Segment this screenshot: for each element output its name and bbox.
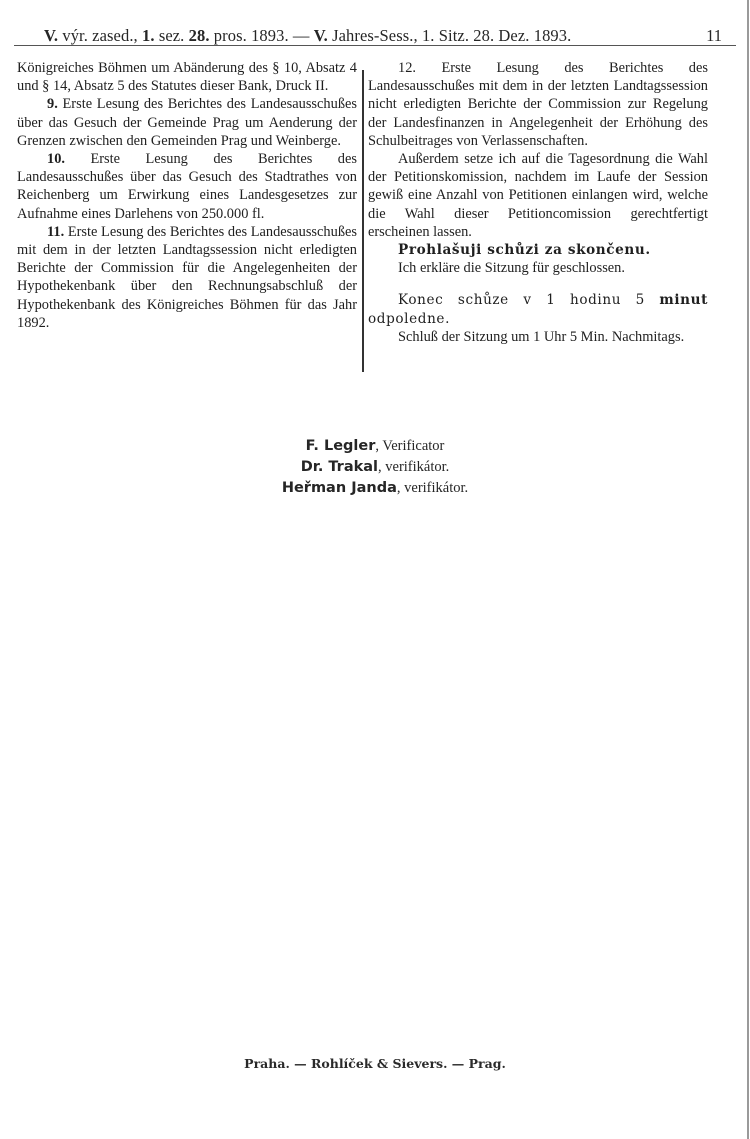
page-number: 11	[706, 26, 722, 46]
agenda-item-10: 10. Erste Lesung des Berichtes des Lande…	[17, 150, 357, 223]
header-session-info: V. výr. zased., 1. sez. 28. pros. 1893. …	[44, 26, 571, 46]
header-cz-session: 1.	[142, 26, 155, 45]
header-cz-sez: sez.	[155, 26, 189, 45]
session-end-cz-bold: minut	[659, 292, 708, 308]
header-cz-date: pros. 1893. —	[210, 26, 314, 45]
header-de-volume: V.	[314, 26, 328, 45]
signatory-role: , verifikátor.	[378, 459, 449, 475]
signatory-name: Heřman Janda	[282, 480, 397, 496]
right-column: 12. Erste Lesung des Berichtes des Lande…	[368, 59, 708, 346]
page-edge-line	[747, 0, 749, 1139]
closing-statement-cz: Prohlašuji schůzi za skončenu.	[368, 241, 708, 259]
signatory-role: , verifikátor.	[397, 480, 468, 496]
signatory-role: , Verificator	[375, 438, 444, 454]
verifier-signatures: F. Legler, Verificator Dr. Trakal, verif…	[0, 436, 750, 499]
signatory-name: Dr. Trakal	[301, 459, 378, 475]
header-cz-text: výr. zased.,	[58, 26, 142, 45]
spacer	[368, 277, 708, 291]
signatory-name: F. Legler	[306, 438, 376, 454]
paragraph-continued: Königreiches Böhmen um Abänderung des § …	[17, 59, 357, 95]
item-number: 12.	[398, 60, 416, 76]
item-text: Erste Lesung des Berichtes des Landesaus…	[17, 96, 357, 148]
signature-line: F. Legler, Verificator	[0, 436, 750, 457]
running-header: V. výr. zased., 1. sez. 28. pros. 1893. …	[14, 22, 736, 46]
closing-statement-de: Ich erkläre die Sitzung für geschlossen.	[368, 259, 708, 277]
header-de-text: Jahres-Sess., 1. Sitz. 28. Dez. 1893.	[328, 26, 571, 45]
header-rule	[14, 45, 736, 46]
header-cz-volume: V.	[44, 26, 58, 45]
item-number: 11.	[47, 224, 64, 240]
item-number: 10.	[47, 151, 65, 167]
agenda-addition: Außerdem setze ich auf die Tagesordnung …	[368, 150, 708, 241]
printer-imprint: Praha. — Rohlíček & Sievers. — Prag.	[0, 1056, 750, 1071]
session-end-cz: Konec schůze v 1 hodinu 5 minut odpoledn…	[368, 291, 708, 327]
item-number: 9.	[47, 96, 58, 112]
session-end-cz-cont: odpoledne.	[368, 311, 450, 327]
item-text: Erste Lesung des Berichtes des Landesaus…	[17, 224, 357, 331]
left-column: Königreiches Böhmen um Abänderung des § …	[17, 59, 357, 332]
session-end-de: Schluß der Sitzung um 1 Uhr 5 Min. Nachm…	[368, 328, 708, 346]
item-text: Erste Lesung des Berichtes des Landesaus…	[17, 151, 357, 222]
item-text: Erste Lesung des Berichtes des Landesaus…	[368, 60, 708, 149]
agenda-item-9: 9. Erste Lesung des Berichtes des Landes…	[17, 95, 357, 150]
agenda-item-12: 12. Erste Lesung des Berichtes des Lande…	[368, 59, 708, 150]
agenda-item-11: 11. Erste Lesung des Berichtes des Lande…	[17, 223, 357, 332]
header-cz-day: 28.	[189, 26, 210, 45]
column-divider	[362, 70, 364, 372]
signature-line: Heřman Janda, verifikátor.	[0, 478, 750, 499]
signature-line: Dr. Trakal, verifikátor.	[0, 457, 750, 478]
session-end-cz-text: Konec schůze v 1 hodinu 5	[398, 292, 659, 308]
